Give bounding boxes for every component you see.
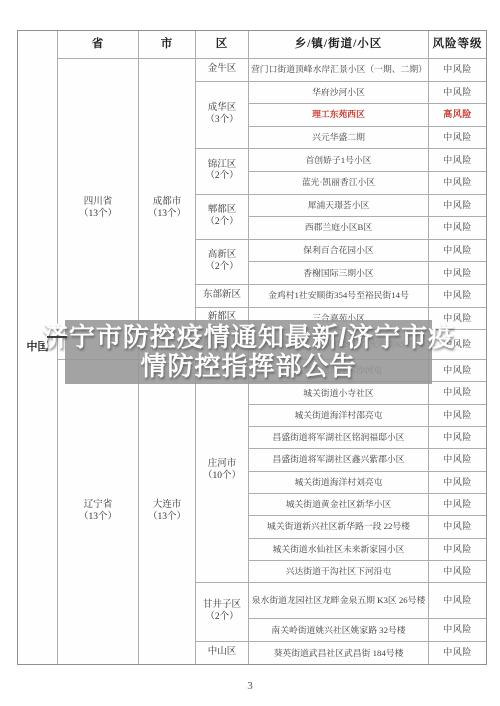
- risk-level-cell: 中风险: [429, 427, 486, 449]
- district-cell: 甘井子区（2个）: [196, 583, 249, 642]
- street-cell: 保利百合花园小区: [249, 240, 429, 263]
- risk-level-cell: 中风险: [429, 127, 486, 150]
- risk-level-cell: 中风险: [429, 149, 486, 172]
- risk-level-cell: 中风险: [429, 195, 486, 218]
- risk-level-cell: 中风险: [429, 382, 486, 404]
- risk-level-cell: 中风险: [429, 82, 486, 105]
- province-cell: 四川省（13个）: [58, 59, 139, 360]
- risk-level-cell: 中风险: [429, 360, 486, 382]
- risk-level-cell: 高风险: [429, 104, 486, 127]
- street-cell: 首创娇子1号小区: [249, 149, 429, 172]
- street-cell: 城关街道新兴社区新华路一段 22号楼: [249, 516, 429, 538]
- column-header-5: 风险等级: [429, 31, 486, 59]
- risk-level-cell: 中风险: [429, 59, 486, 82]
- risk-level-cell: 中风险: [429, 285, 486, 308]
- risk-level-cell: 中风险: [429, 561, 486, 583]
- district-cell: 锦江区（2个）: [196, 149, 249, 194]
- street-cell: 城关街道小寺社区: [249, 382, 429, 404]
- risk-level-cell: 中风险: [429, 449, 486, 471]
- street-cell: 营门口街道顶峰水岸汇景小区（一期、二期）: [249, 59, 429, 82]
- headline-overlay: 济宁市防控疫情通知最新/济宁市疫 情防控指挥部公告: [65, 320, 432, 384]
- province-cell: 辽宁省（13个）: [58, 360, 139, 664]
- street-cell: 兴达街道干沟社区下河沿屯: [249, 561, 429, 583]
- street-cell: 香榭国际三期小区: [249, 262, 429, 285]
- risk-level-cell: 中风险: [429, 405, 486, 427]
- district-cell: 庄河市（10个）: [196, 360, 249, 583]
- page-number: 3: [0, 680, 500, 692]
- street-cell: 葵英街道武昌社区武昌街 184号楼: [249, 642, 429, 664]
- risk-level-cell: 中风险: [429, 516, 486, 538]
- risk-level-cell: 中风险: [429, 619, 486, 642]
- column-header-3: 区: [196, 31, 249, 59]
- risk-level-cell: 中风险: [429, 642, 486, 664]
- risk-level-cell: 中风险: [429, 262, 486, 285]
- street-cell: 城关街道黄金社区新华小区: [249, 494, 429, 516]
- street-cell: 泉水街道龙园社区龙畔金泉五期 K3区 26号楼: [249, 583, 429, 619]
- risk-level-cell: 中风险: [429, 217, 486, 240]
- street-cell: 西郡兰庭小区B区: [249, 217, 429, 240]
- risk-level-cell: 中风险: [429, 539, 486, 561]
- column-header-1: 省: [58, 31, 139, 59]
- headline-line-1: 济宁市防控疫情通知最新/济宁市疫: [42, 323, 455, 352]
- district-cell: 郫都区（2个）: [196, 195, 249, 240]
- street-cell: 城关街道水仙社区未来新家园小区: [249, 539, 429, 561]
- district-cell: 金牛区: [196, 59, 249, 82]
- street-cell: 城关街道海洋村刘亮屯: [249, 472, 429, 494]
- callout-line: [47, 336, 67, 338]
- street-cell: 兴元华盛二期: [249, 127, 429, 150]
- risk-level-cell: 中风险: [429, 472, 486, 494]
- column-header-4: 乡/镇/街道/小区: [249, 31, 429, 59]
- street-cell: 金鸡村1社安顺街354号至裕民街14号: [249, 285, 429, 308]
- street-cell: 蓝光·凯丽香江小区: [249, 172, 429, 195]
- document-page: 中国省市区乡/镇/街道/小区风险等级四川省（13个）辽宁省（13个）成都市（13…: [0, 0, 500, 706]
- district-cell: 高新区（2个）: [196, 240, 249, 285]
- city-cell: 成都市（13个）: [139, 59, 196, 360]
- district-cell: 东部新区: [196, 285, 249, 308]
- street-cell: 昌盛街道将军湖社区鑫兴紫郡小区: [249, 449, 429, 471]
- risk-level-cell: 中风险: [429, 172, 486, 195]
- street-cell: 华府沙河小区: [249, 82, 429, 105]
- street-cell: 城关街道海洋村邵亮屯: [249, 405, 429, 427]
- city-cell: 大连市（13个）: [139, 360, 196, 664]
- risk-level-cell: 中风险: [429, 494, 486, 516]
- headline-line-2: 情防控指挥部公告: [140, 352, 356, 381]
- column-header-2: 市: [139, 31, 196, 59]
- street-cell: 昌盛街道将军湖社区铭润福邸小区: [249, 427, 429, 449]
- street-cell: 犀浦天璟荟小区: [249, 195, 429, 218]
- district-cell: 中山区: [196, 642, 249, 664]
- street-cell: 理工东苑西区: [249, 104, 429, 127]
- district-cell: 成华区（3个）: [196, 82, 249, 150]
- risk-level-cell: 中风险: [429, 240, 486, 263]
- street-cell: 南关岭街道姚兴社区姚家路 32号楼: [249, 619, 429, 642]
- risk-level-cell: 中风险: [429, 583, 486, 619]
